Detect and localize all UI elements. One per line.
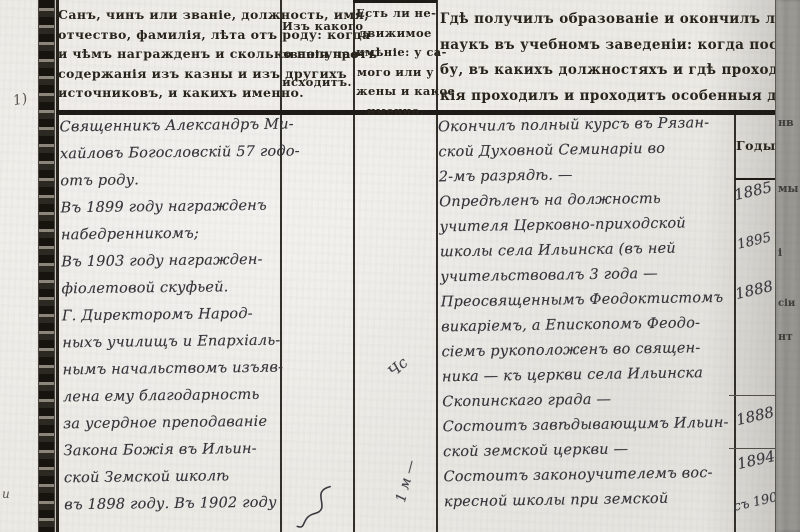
year-entry: 1885 xyxy=(732,178,773,204)
page-fold-band: нвмыісіинт xyxy=(775,0,800,532)
handwritten-line: Въ 1899 году награжденъ xyxy=(61,198,277,228)
year-entry: 1894 xyxy=(735,447,776,473)
col1-header-rank-name-awards: Санъ, чинъ или званіе, должность, имя,от… xyxy=(58,5,278,103)
header-line: кія проходилъ и проходитъ особенныя долж… xyxy=(440,84,788,110)
handwritten-line: фіолетовой скуфьей. xyxy=(62,279,278,309)
cutoff-text-fragment: мы xyxy=(778,182,799,195)
binding-ornament-border xyxy=(38,0,55,532)
handwritten-line: Закона Божія въ Ильин- xyxy=(63,441,279,471)
col2-header-origin: Изъ какогозванія про-исходитъ. xyxy=(282,12,352,96)
header-line: мого или у xyxy=(356,63,435,83)
header-line: именно. xyxy=(356,102,435,122)
handwritten-line: въ 1898 году. Въ 1902 году xyxy=(64,495,280,525)
handwritten-line: Въ 1903 году награжден- xyxy=(61,252,277,282)
handwritten-line: ской Земской школѣ xyxy=(64,468,280,498)
handwritten-line: хайловъ Богословскій 57 годо- xyxy=(60,144,276,174)
year-entry: 1895 xyxy=(736,229,773,252)
handwritten-line: кресной школы при земской xyxy=(444,490,740,520)
header-line: движимое xyxy=(356,24,435,44)
cutoff-text-fragment: нв xyxy=(778,116,794,129)
handwritten-line: Священникъ Александръ Ми- xyxy=(60,117,276,147)
handwritten-col4-entry: Окончилъ полный курсъ въ Рязан-ской Духо… xyxy=(438,115,740,520)
handwritten-line: ныхъ училищъ и Епархіаль- xyxy=(62,333,278,363)
header-line: жены и какое xyxy=(356,82,435,102)
handwritten-line: нымъ начальствомъ изъяв- xyxy=(63,360,279,390)
years-header-rule xyxy=(735,178,777,180)
header-line: и чѣмъ награжденъ и сколько получаетъ xyxy=(58,44,278,64)
header-line: бу, въ какихъ должностяхъ и гдѣ проходил… xyxy=(440,58,788,84)
column3-top-rule xyxy=(353,0,437,3)
header-line: званія про- xyxy=(282,40,352,68)
column-divider xyxy=(353,0,355,532)
header-line: отчество, фамилія, лѣта отъ роду: когда xyxy=(58,25,278,45)
cutoff-text-fragment: сіи xyxy=(778,298,795,309)
cutoff-text-fragment: і xyxy=(778,246,782,259)
pen-mark: Чс xyxy=(385,354,412,381)
header-line: исходитъ. xyxy=(282,68,352,96)
col3-header-property: Есть ли не-движимоеимѣніе: у са-мого или… xyxy=(356,4,435,121)
header-line: источниковъ, и какихъ именно. xyxy=(58,83,278,103)
header-line: содержанія изъ казны и изъ другихъ xyxy=(58,64,278,84)
header-line: Гдѣ получилъ образованіе и окончилъ ли п… xyxy=(440,7,788,33)
handwritten-line: за усердное преподаваніе xyxy=(63,414,279,444)
handwritten-line: отъ роду. xyxy=(60,171,276,201)
margin-note: 1) xyxy=(11,91,28,110)
header-line: наукъ въ учебномъ заведеніи: когда посту… xyxy=(440,33,788,59)
pen-mark: 1 м — xyxy=(393,458,420,504)
year-entry: 1888 xyxy=(734,403,775,429)
header-line: Санъ, чинъ или званіе, должность, имя, xyxy=(58,5,278,25)
scanned-document-page: 1) и Санъ, чинъ или званіе, должность, и… xyxy=(0,0,800,532)
handwritten-line: лена ему благодарность xyxy=(63,387,279,417)
handwritten-line: набедренникомъ; xyxy=(61,225,277,255)
year-entry: 1888 xyxy=(733,277,774,303)
handwritten-col1-entry: Священникъ Александръ Ми-хайловъ Богосло… xyxy=(60,117,281,525)
years-column-header: Годы. xyxy=(736,138,776,153)
column-divider xyxy=(436,0,438,532)
header-line: Есть ли не- xyxy=(356,4,435,24)
header-line: имѣніе: у са- xyxy=(356,43,435,63)
col4-header-education-service: Гдѣ получилъ образованіе и окончилъ ли п… xyxy=(440,7,788,109)
pen-flourish xyxy=(294,480,341,532)
cutoff-text-fragment: нт xyxy=(778,330,793,343)
margin-note: и xyxy=(2,487,10,501)
header-line: Изъ какого xyxy=(282,12,352,40)
handwritten-line: Г. Директоромъ Народ- xyxy=(62,306,278,336)
